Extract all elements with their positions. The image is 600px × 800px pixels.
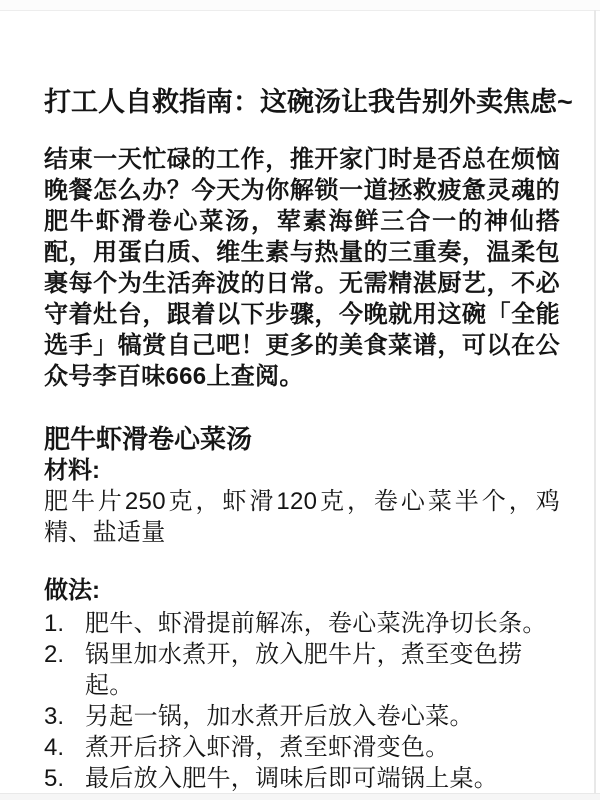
steps-list: 1. 肥牛、虾滑提前解冻，卷心菜洗净切长条。 2. 锅里加水煮开，放入肥牛片，煮… bbox=[44, 608, 560, 794]
step-number: 4. bbox=[44, 732, 85, 763]
step-number: 2. bbox=[44, 639, 85, 701]
steps-label: 做法: bbox=[44, 576, 560, 606]
step-number: 5. bbox=[44, 763, 85, 794]
step-item: 1. 肥牛、虾滑提前解冻，卷心菜洗净切长条。 bbox=[44, 608, 560, 639]
step-item: 3. 另起一锅，加水煮开后放入卷心菜。 bbox=[44, 701, 560, 732]
document-page: { "colors": { "text": "#151515", "page_b… bbox=[0, 0, 600, 800]
step-text: 肥牛、虾滑提前解冻，卷心菜洗净切长条。 bbox=[85, 608, 560, 639]
step-item: 4. 煮开后挤入虾滑，煮至虾滑变色。 bbox=[44, 732, 560, 763]
ingredients-label: 材料: bbox=[44, 456, 560, 486]
page-bottom-edge bbox=[0, 793, 600, 800]
recipe-name: 肥牛虾滑卷心菜汤 bbox=[44, 422, 560, 456]
page-right-edge bbox=[594, 10, 596, 794]
page-title: 打工人自救指南：这碗汤让我告别外卖焦虑~ bbox=[44, 84, 560, 120]
step-text: 另起一锅，加水煮开后放入卷心菜。 bbox=[85, 701, 560, 732]
step-text: 最后放入肥牛，调味后即可端锅上桌。 bbox=[85, 763, 560, 794]
step-item: 5. 最后放入肥牛，调味后即可端锅上桌。 bbox=[44, 763, 560, 794]
step-number: 1. bbox=[44, 608, 85, 639]
step-number: 3. bbox=[44, 701, 85, 732]
ingredients-text: 肥牛片250克，虾滑120克，卷心菜半个，鸡精、盐适量 bbox=[44, 486, 560, 548]
intro-paragraph: 结束一天忙碌的工作，推开家门时是否总在烦恼晚餐怎么办？今天为你解锁一道拯救疲惫灵… bbox=[44, 144, 560, 392]
step-text: 锅里加水煮开，放入肥牛片，煮至变色捞起。 bbox=[85, 639, 560, 701]
step-item: 2. 锅里加水煮开，放入肥牛片，煮至变色捞起。 bbox=[44, 639, 560, 701]
step-text: 煮开后挤入虾滑，煮至虾滑变色。 bbox=[85, 732, 560, 763]
document-content: 打工人自救指南：这碗汤让我告别外卖焦虑~ 结束一天忙碌的工作，推开家门时是否总在… bbox=[0, 0, 600, 794]
